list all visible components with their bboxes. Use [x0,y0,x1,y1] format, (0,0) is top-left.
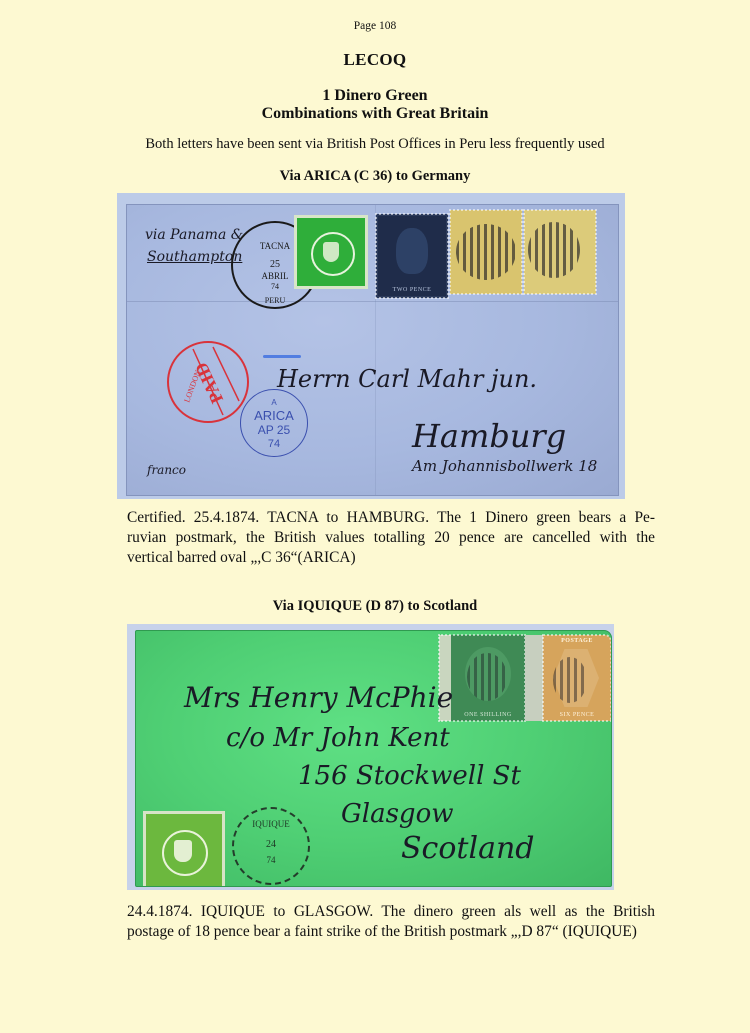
gb-ninepence-straw-stamp-2 [524,210,596,294]
cover-2-caption: 24.4.1874. IQUIQUE to GLASGOW. The diner… [127,902,655,942]
subtitle-line-2: Combinations with Great Britain [0,105,750,123]
two-pence-label: TWO PENCE [378,287,446,293]
address-line-4: Glasgow [341,799,453,829]
selvage-margin [525,635,543,721]
peru-1-dinero-green-stamp [143,811,225,887]
address-line-1: Mrs Henry McPhie [184,681,453,714]
svg-text:TACNA: TACNA [260,241,291,251]
gb-two-pence-blue-stamp: TWO PENCE [376,214,448,298]
gb-sixpence-buff-stamp: POSTAGE SIX PENCE [543,635,611,721]
cover-1-caption-line-3: vertical barred oval „,C 36“(ARICA) [127,548,655,568]
svg-text:25: 25 [270,259,280,270]
cover-1-image-frame: via Panama & Southampton TACNA 25 ABRIL … [117,193,625,499]
corner-note: franco [147,463,186,477]
arica-postmark: A ARICA AP 25 74 [240,389,308,457]
subtitle-line-1: 1 Dinero Green [0,87,750,105]
cover-1-envelope: via Panama & Southampton TACNA 25 ABRIL … [126,204,619,496]
peru-1-dinero-green-stamp [294,215,368,289]
intro-text: Both letters have been sent via British … [0,136,750,153]
iquique-postmark: IQUIQUE 24 74 [232,807,310,885]
address-line-3: 156 Stockwell St [298,761,521,791]
page-number: Page 108 [0,20,750,32]
page-title: LECOQ [0,50,750,70]
address-line-2: Hamburg [412,417,566,455]
cover-2-caption-line-2: postage of 18 pence bear a faint strike … [127,922,655,942]
cover-1-caption: Certified. 25.4.1874. TACNA to HAMBURG. … [127,508,655,568]
cover-1-caption-line-1: Certified. 25.4.1874. TACNA to HAMBURG. … [127,508,655,528]
london-paid-postmark: PAID LONDON [167,341,249,423]
svg-text:74: 74 [271,282,279,291]
cover-1-caption-line-2: ruvian postmark, the British values tota… [127,528,655,548]
gb-ninepence-straw-stamp-1 [450,210,522,294]
cover-2-caption-line-1: 24.4.1874. IQUIQUE to GLASGOW. The diner… [127,902,655,922]
section-subtitle: 1 Dinero Green Combinations with Great B… [0,87,750,123]
svg-text:ABRIL: ABRIL [262,271,289,281]
address-line-1: Herrn Carl Mahr jun. [277,365,537,393]
svg-text:PERU: PERU [265,296,286,305]
address-line-2: c/o Mr John Kent [226,723,450,753]
routing-note-line-1: via Panama & [145,227,243,243]
cover-2-image-frame: ONE SHILLING POSTAGE SIX PENCE Mrs Henry… [127,624,614,890]
routing-note-line-2: Southampton [147,249,242,265]
cover-2-heading: Via IQUIQUE (D 87) to Scotland [0,598,750,615]
address-line-5: Scotland [401,831,534,866]
cover-2-envelope: ONE SHILLING POSTAGE SIX PENCE Mrs Henry… [135,630,612,887]
cover-1-heading: Via ARICA (C 36) to Germany [0,168,750,185]
address-line-3: Am Johannisbollwerk 18 [412,457,597,475]
